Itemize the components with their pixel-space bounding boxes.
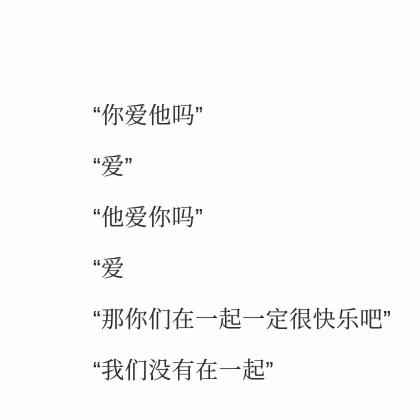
- dialogue-text-block: “你爱他吗” “爱” “他爱你吗” “爱 “那你们在一起一定很快乐吧” “我们没…: [93, 104, 410, 410]
- meme-image-background: “你爱他吗” “爱” “他爱你吗” “爱 “那你们在一起一定很快乐吧” “我们没…: [0, 0, 420, 420]
- dialogue-line-1: “你爱他吗”: [93, 104, 410, 127]
- dialogue-line-4: “爱: [93, 257, 410, 280]
- dialogue-line-5: “那你们在一起一定很快乐吧”: [93, 308, 410, 331]
- dialogue-line-6: “我们没有在一起”: [93, 359, 410, 382]
- dialogue-line-3: “他爱你吗”: [93, 206, 410, 229]
- dialogue-line-2: “爱”: [93, 155, 410, 178]
